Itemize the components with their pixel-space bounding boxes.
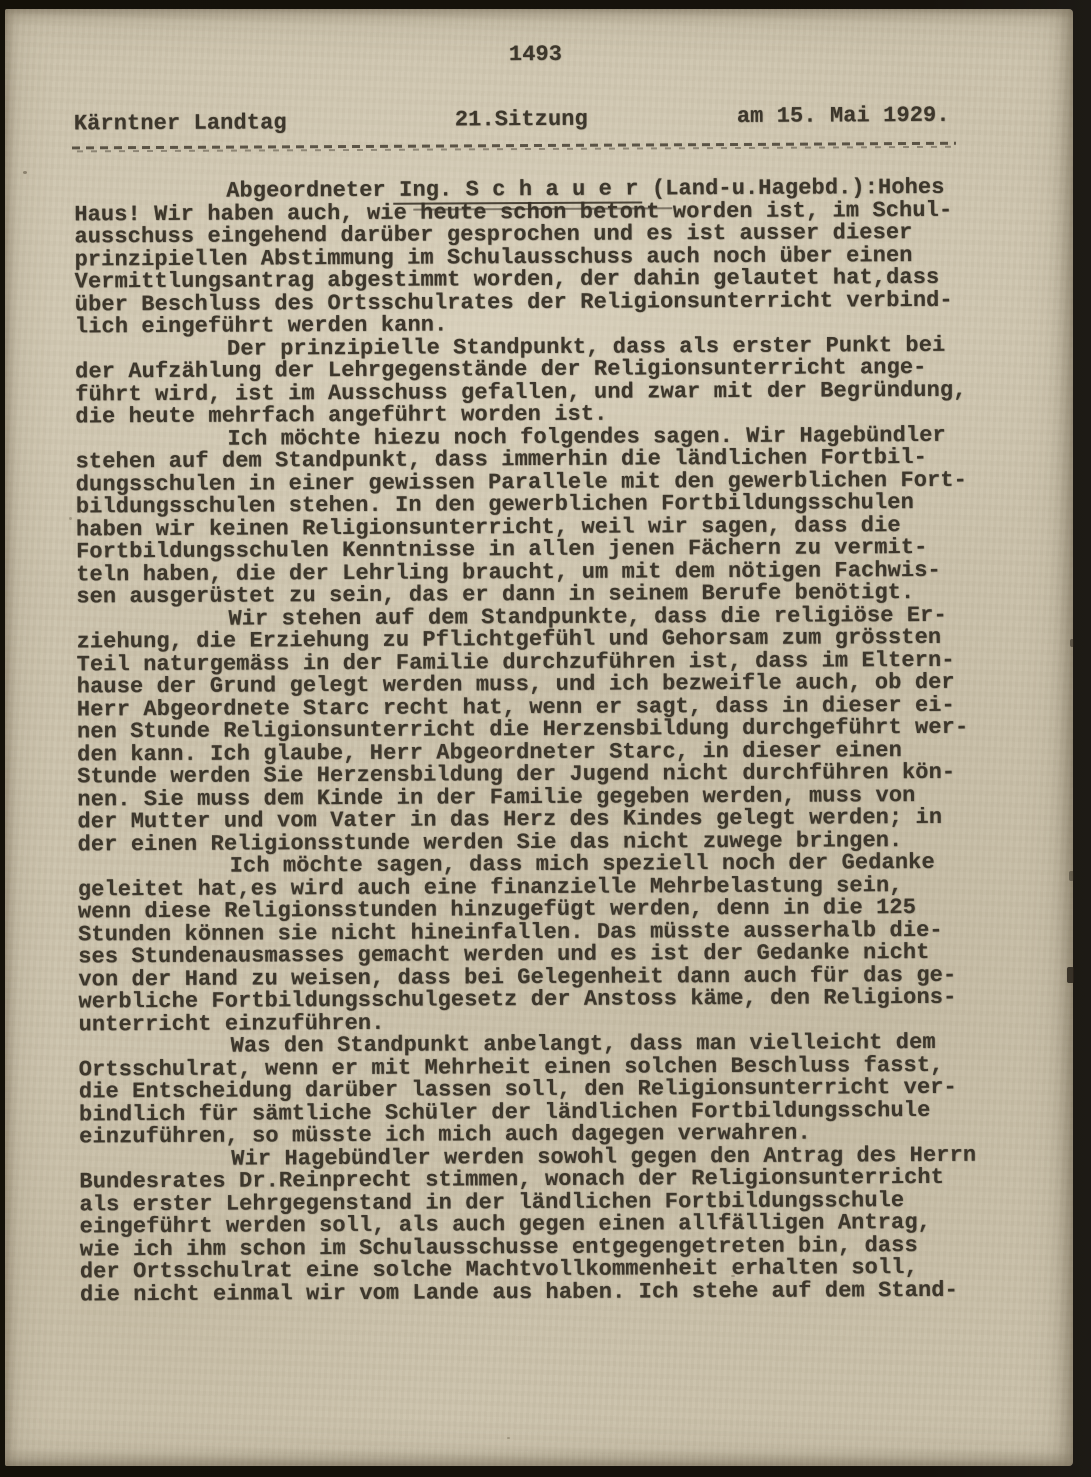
speaker-name-underlined: Ing. S c h a u e r (399, 176, 639, 202)
text-line: über Beschluss des Ortsschulrates der Re… (75, 289, 975, 316)
paper-speck (507, 1437, 510, 1439)
scan-edge-mark (1069, 871, 1074, 881)
scan-edge-mark (1067, 967, 1074, 983)
paragraph: Der prinzipielle Standpunkt, dass als er… (75, 334, 975, 429)
paragraph: Ich möchte hiezu noch folgendes sagen. W… (75, 424, 976, 609)
paragraph: Abgeordneter Ing. S c h a u e r (Land-u.… (74, 177, 975, 339)
paragraph: Wir stehen auf dem Standpunkte, dass die… (76, 604, 977, 856)
paper-speck (731, 1275, 735, 1277)
paragraph: Ich möchte sagen, dass mich speziell noc… (78, 852, 979, 1037)
divider-dashed-rule (72, 141, 956, 155)
header-institution: Kärntner Landtag (74, 110, 287, 136)
paper-speck (69, 517, 72, 520)
paragraph: Wir Hagebündler werden sowohl gegen den … (79, 1144, 980, 1306)
speech-text: Abgeordneter Ing. S c h a u e r (Land-u.… (74, 177, 980, 1307)
page-content: 1493 Kärntner Landtag 21.Sitzung am 15. … (1, 6, 1077, 1469)
page-number: 1493 (1, 39, 1069, 70)
scan-edge-mark (1070, 639, 1074, 647)
text-line: die nicht einmal wir vom Lande aus haben… (80, 1279, 980, 1306)
header-session-number: 21.Sitzung (455, 107, 588, 133)
document-page: 1493 Kärntner Landtag 21.Sitzung am 15. … (5, 9, 1073, 1466)
scanned-document-screenshot: { "page": { "page_number": "1493", "head… (0, 0, 1091, 1477)
header-date: am 15. Mai 1929. (737, 103, 950, 129)
session-header: Kärntner Landtag 21.Sitzung am 15. Mai 1… (2, 102, 1070, 134)
text-line: werbliche Fortbildungsschulgesetz der An… (78, 987, 978, 1014)
paragraph: Was den Standpunkt anbelangt, dass man v… (79, 1032, 980, 1149)
paper-speck (23, 171, 27, 174)
